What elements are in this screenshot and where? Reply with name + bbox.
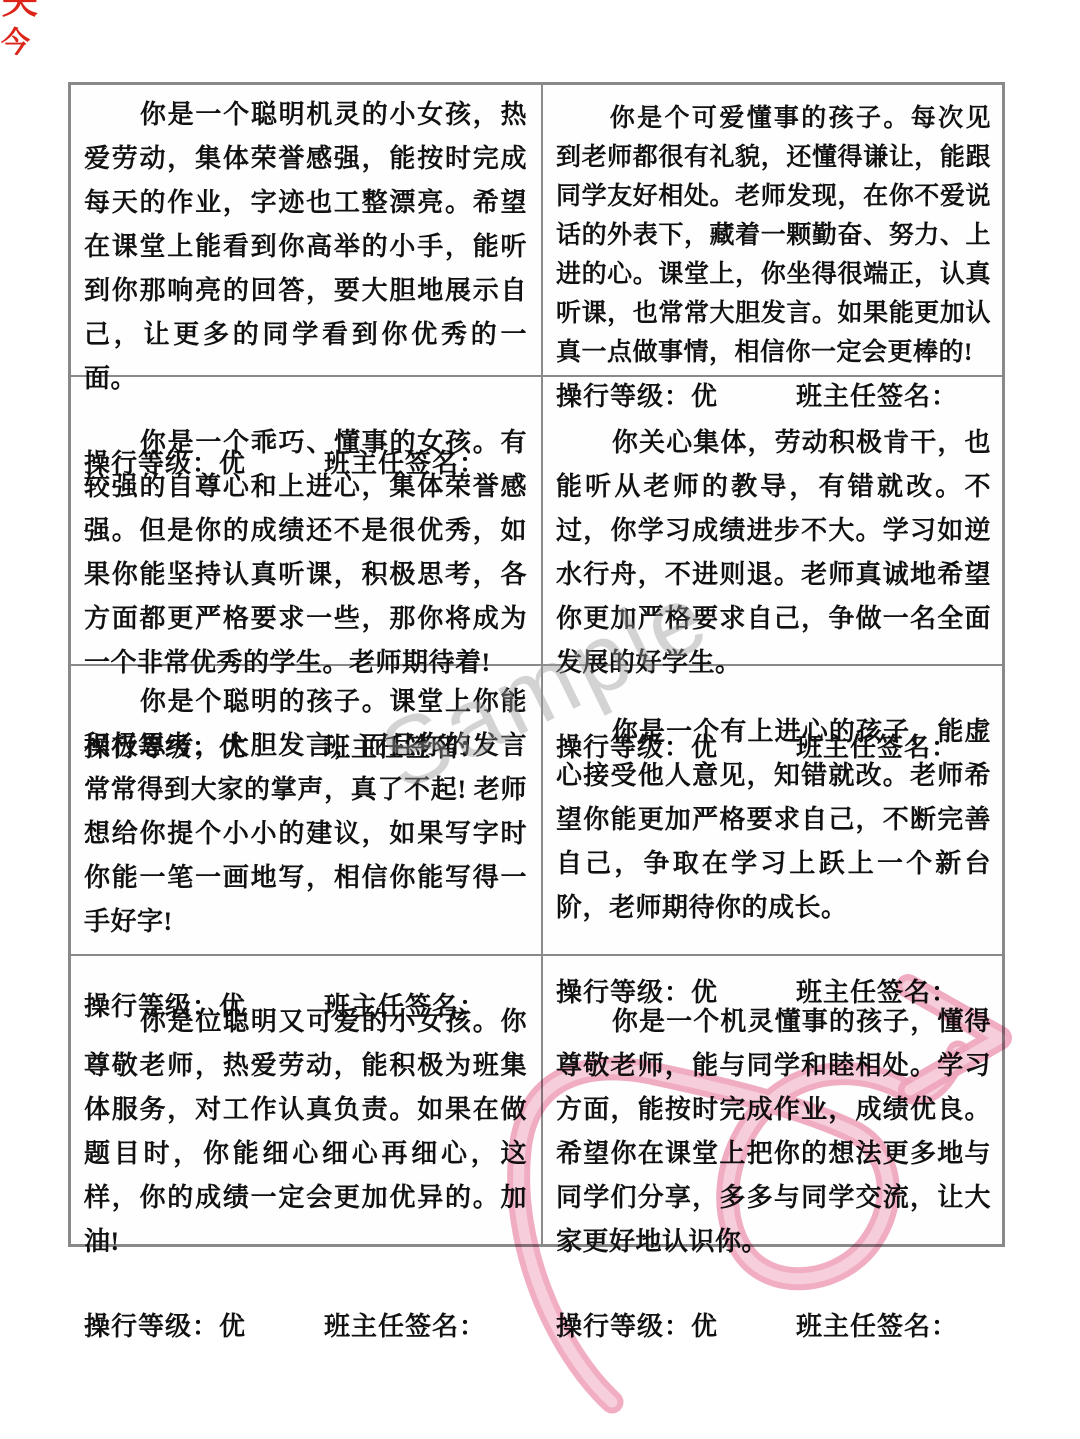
comment-text: 你是个聪明的孩子。课堂上你能积极思考，大胆发言，而且你的发言常常得到大家的掌声，… — [84, 680, 527, 944]
grade-signature-row: 操行等级：优 班主任签名： — [84, 1306, 527, 1343]
comment-cell-1: 你是一个聪明机灵的小女孩，热爱劳动，集体荣誉感强，能按时完成每天的作业，字迹也工… — [71, 85, 543, 377]
comment-text: 你是位聪明又可爱的小女孩。你尊敬老师，热爱劳动，能积极为班集体服务，对工作认真负… — [84, 1000, 527, 1264]
conduct-grade-label: 操行等级：优 — [556, 1306, 796, 1343]
comment-text: 你是一个乖巧、懂事的女孩。有较强的自尊心和上进心，集体荣誉感强。但是你的成绩还不… — [84, 421, 527, 685]
teacher-signature-label: 班主任签名： — [796, 1306, 958, 1343]
red-corner-mark-top: 关 — [2, 0, 38, 19]
comment-cell-5: 你是个聪明的孩子。课堂上你能积极思考，大胆发言，而且你的发言常常得到大家的掌声，… — [71, 666, 543, 956]
comment-text: 你是一个有上进心的孩子，能虚心接受他人意见，知错就改。老师希望你能更加严格要求自… — [556, 710, 991, 930]
conduct-grade-label: 操行等级：优 — [84, 1306, 324, 1343]
comment-cell-3: 你是一个乖巧、懂事的女孩。有较强的自尊心和上进心，集体荣誉感强。但是你的成绩还不… — [71, 377, 543, 666]
comment-cell-2: 你是个可爱懂事的孩子。每次见到老师都很有礼貌，还懂得谦让，能跟同学友好相处。老师… — [543, 85, 1005, 377]
comment-text: 你关心集体，劳动积极肯干，也能听从老师的教导，有错就改。不过，你学习成绩进步不大… — [556, 421, 991, 685]
comment-text: 你是个可爱懂事的孩子。每次见到老师都很有礼貌，还懂得谦让，能跟同学友好相处。老师… — [556, 99, 991, 372]
comments-table: 你是一个聪明机灵的小女孩，热爱劳动，集体荣誉感强，能按时完成每天的作业，字迹也工… — [68, 82, 1005, 1247]
teacher-signature-label: 班主任签名： — [324, 1306, 486, 1343]
comment-text: 你是一个机灵懂事的孩子，懂得尊敬老师，能与同学和睦相处。学习方面，能按时完成作业… — [556, 1000, 991, 1264]
comment-cell-6: 你是一个有上进心的孩子，能虚心接受他人意见，知错就改。老师希望你能更加严格要求自… — [543, 666, 1005, 956]
comment-cell-8: 你是一个机灵懂事的孩子，懂得尊敬老师，能与同学和睦相处。学习方面，能按时完成作业… — [543, 956, 1005, 1244]
scanned-report-page: 关 今 你是一个聪明机灵的小女孩，热爱劳动，集体荣誉感强，能按时完成每天的作业，… — [0, 0, 1080, 1439]
comment-cell-4: 你关心集体，劳动积极肯干，也能听从老师的教导，有错就改。不过，你学习成绩进步不大… — [543, 377, 1005, 666]
comment-cell-7: 你是位聪明又可爱的小女孩。你尊敬老师，热爱劳动，能积极为班集体服务，对工作认真负… — [71, 956, 543, 1244]
red-corner-mark-bottom: 今 — [1, 29, 30, 58]
comment-text: 你是一个聪明机灵的小女孩，热爱劳动，集体荣誉感强，能按时完成每天的作业，字迹也工… — [84, 93, 527, 401]
grade-signature-row: 操行等级：优 班主任签名： — [556, 1306, 991, 1343]
